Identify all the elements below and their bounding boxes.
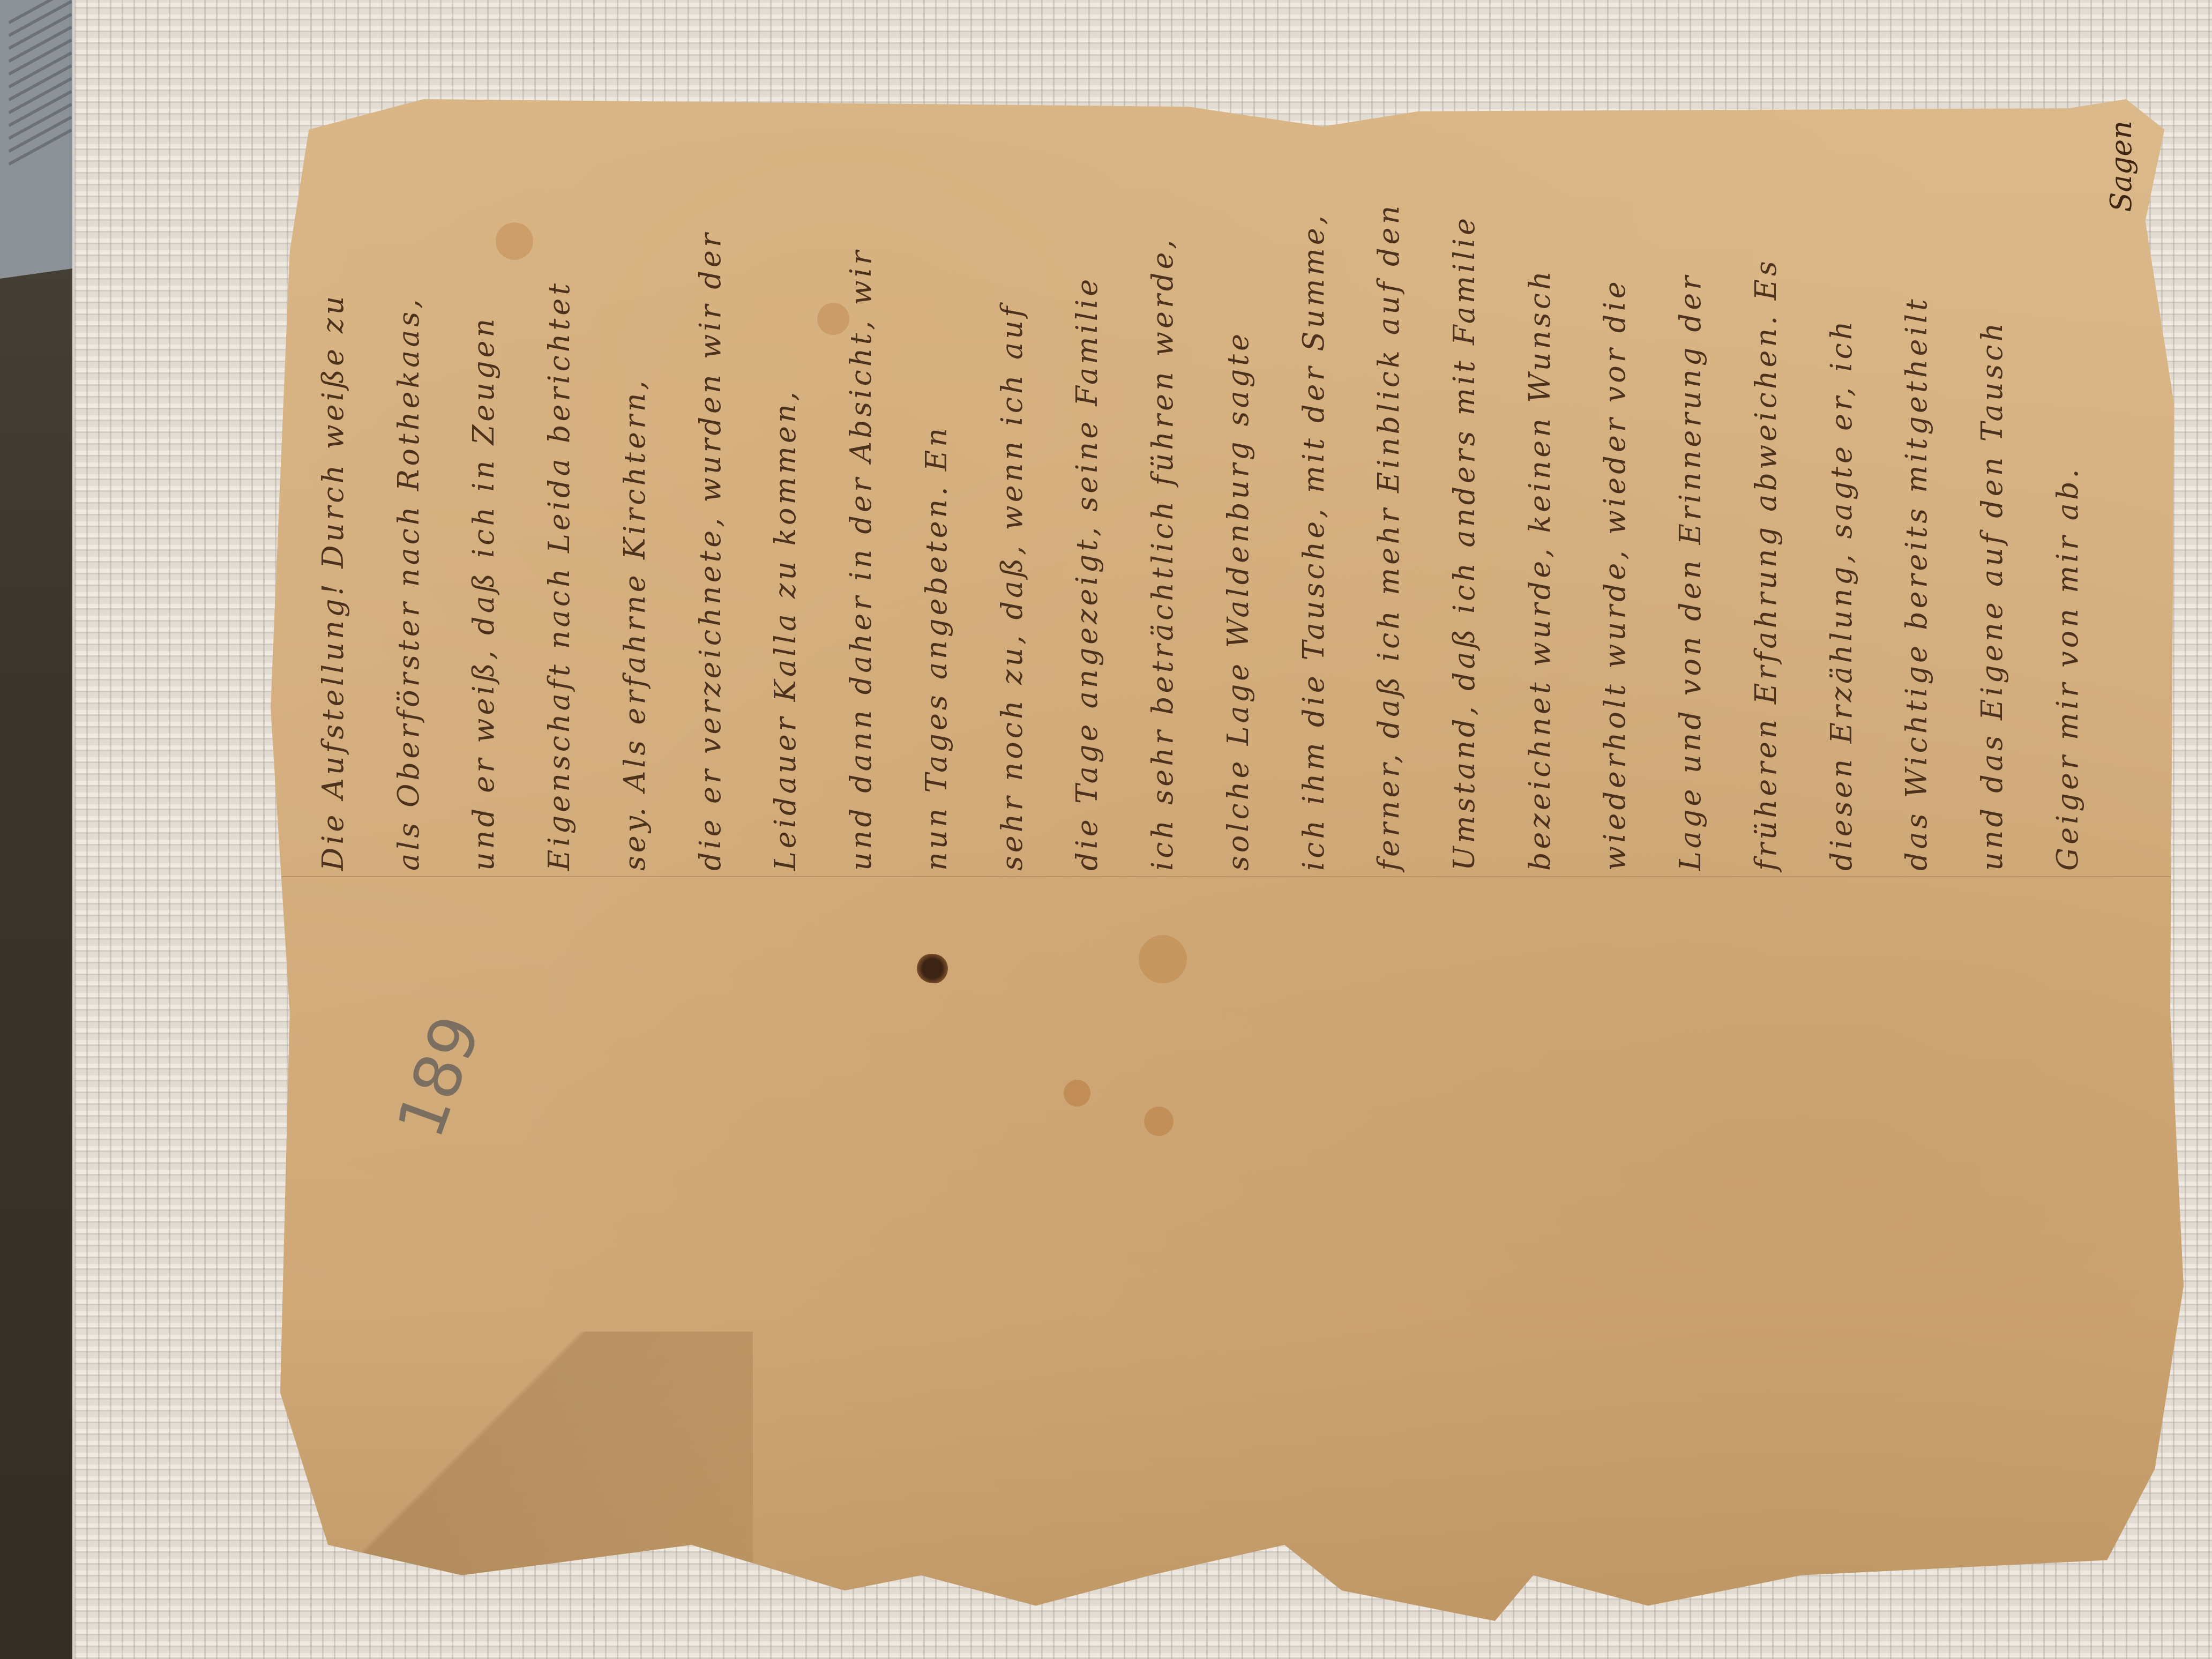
manuscript-line: Geiger mir von mir ab. xyxy=(2051,110,2084,871)
pencil-page-number: 189 xyxy=(383,1006,495,1147)
manuscript-line: Eigenschaft nach Leida berichtet xyxy=(542,110,576,871)
manuscript-line: diesen Erzählung, sagte er, ich xyxy=(1825,110,1858,871)
manuscript-line: und dann daher in der Absicht, wir xyxy=(844,110,878,871)
manuscript-line: das Wichtige bereits mitgetheilt xyxy=(1900,110,1933,871)
manuscript-line: ich ihm die Tausche, mit der Summe, xyxy=(1297,110,1331,871)
manuscript-line: sehr noch zu, daß, wenn ich auf xyxy=(995,110,1029,871)
manuscript-line: die er verzeichnete, wurden wir der xyxy=(693,110,727,871)
stain xyxy=(1139,935,1187,983)
manuscript-line: Leidauer Kalla zu kommen, xyxy=(768,110,802,871)
manuscript-line: Umstand, daß ich anders mit Familie xyxy=(1447,110,1481,871)
manuscript-line: ich sehr beträchtlich führen werde, xyxy=(1146,110,1179,871)
stain xyxy=(1064,1080,1090,1107)
fold-line xyxy=(271,876,2184,877)
manuscript-line: wiederholt wurde, wieder vor die xyxy=(1598,110,1632,871)
handwritten-text: Die Aufstellung! Durch weiße zu als Ober… xyxy=(316,110,2084,876)
manuscript-line: als Oberförster nach Rothekaas, xyxy=(392,110,425,871)
manuscript-line: nun Tages angebeten. En xyxy=(920,110,953,871)
manuscript-line: Lage und von den Erinnerung der xyxy=(1673,110,1707,871)
manuscript-line: und er weiß, daß ich in Zeugen xyxy=(467,110,500,871)
manuscript-line: Die Aufstellung! Durch weiße zu xyxy=(316,110,350,871)
manuscript-line: und das Eigene auf den Tausch xyxy=(1975,110,2009,871)
manuscript-line: früheren Erfahrung abweichen. Es xyxy=(1749,110,1783,871)
manuscript-line: bezeichnet wurde, keinen Wunsch xyxy=(1523,110,1557,871)
manuscript-line: die Tage angezeigt, seine Familie xyxy=(1070,110,1104,871)
manuscript-sheet: Die Aufstellung! Durch weiße zu als Ober… xyxy=(271,99,2184,1621)
printed-page-scrap xyxy=(0,0,80,279)
manuscript-line: ferner, daß ich mehr Einblick auf den xyxy=(1372,110,1406,871)
stain xyxy=(1144,1107,1174,1136)
ink-blot xyxy=(916,954,948,983)
corner-word: Sagen xyxy=(2104,121,2138,212)
manuscript-line: sey. Als erfahrne Kirchtern, xyxy=(618,110,652,871)
manuscript-line: solche Lage Waldenburg sagte xyxy=(1221,110,1255,871)
